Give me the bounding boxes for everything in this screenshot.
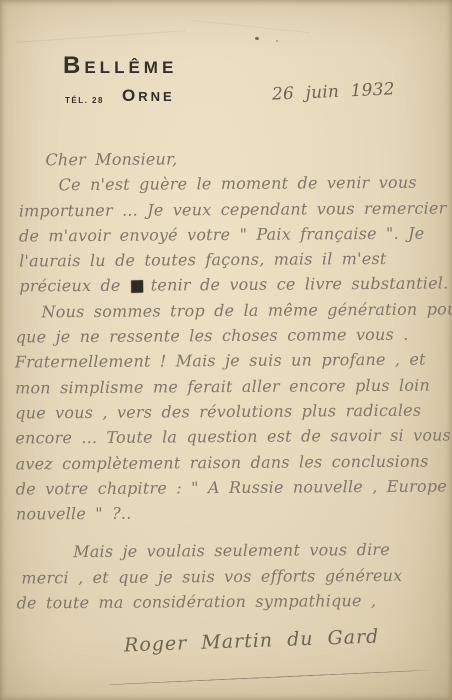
paper-speck — [255, 37, 259, 40]
signature: Roger Martin du Gard — [124, 626, 380, 657]
paper-speck — [276, 40, 278, 42]
ink-blot: ▮▮ — [130, 276, 142, 295]
letter-line: Ce n'est guère le moment de venir vous — [59, 170, 445, 198]
letter-line: de toute ma considération sympathique , — [16, 588, 447, 616]
letterhead-city: Bellême — [63, 52, 177, 80]
letter-line: précieux de ▮▮ tenir de vous ce livre su… — [19, 271, 445, 299]
letter-line: importuner ... Je veux cependant vous re… — [19, 195, 445, 223]
letter-line: Mais je voulais seulement vous dire — [73, 537, 447, 565]
letter-line: de votre chapitre : " A Russie nouvelle … — [16, 473, 447, 501]
letter-line: avez complètement raison dans les conclu… — [15, 448, 446, 476]
letter-line-post: tenir de vous ce livre substantiel. — [141, 274, 448, 295]
letter-line: que je ne ressente les choses comme vous… — [16, 322, 446, 350]
letter-line: de m'avoir envoyé votre " Paix française… — [19, 220, 445, 248]
letter-line: merci , et que je suis vos efforts génér… — [21, 562, 447, 590]
letter-line: Fraternellement ! Mais je suis un profan… — [15, 347, 446, 375]
letterhead-region: Orne — [122, 86, 175, 106]
letter-body: Cher Monsieur, Ce n'est guère le moment … — [12, 144, 447, 615]
letterhead-telephone: Tél. 28 — [65, 96, 104, 105]
letter-line: que vous , vers des révolutions plus rad… — [15, 397, 446, 425]
signature-flourish — [106, 670, 428, 686]
letter-page: Bellême Tél. 28 Orne 26 juin 1932 Cher M… — [0, 0, 452, 700]
letter-line-pre: précieux de — [19, 276, 130, 296]
letter-line: nouvelle " ?.. — [16, 499, 447, 527]
letter-line: l'aurais lu de toutes façons, mais il m'… — [19, 246, 445, 274]
letter-line: encore ... Toute la question est de savo… — [15, 423, 446, 451]
letter-date: 26 juin 1932 — [272, 79, 395, 104]
letter-line: mon simplisme me ferait aller encore plu… — [15, 372, 446, 400]
letter-line: Nous sommes trop de la même génération p… — [41, 296, 445, 324]
paper-crease — [16, 30, 186, 43]
letter-line-salutation: Cher Monsieur, — [45, 144, 444, 172]
paper-crease — [190, 20, 309, 34]
